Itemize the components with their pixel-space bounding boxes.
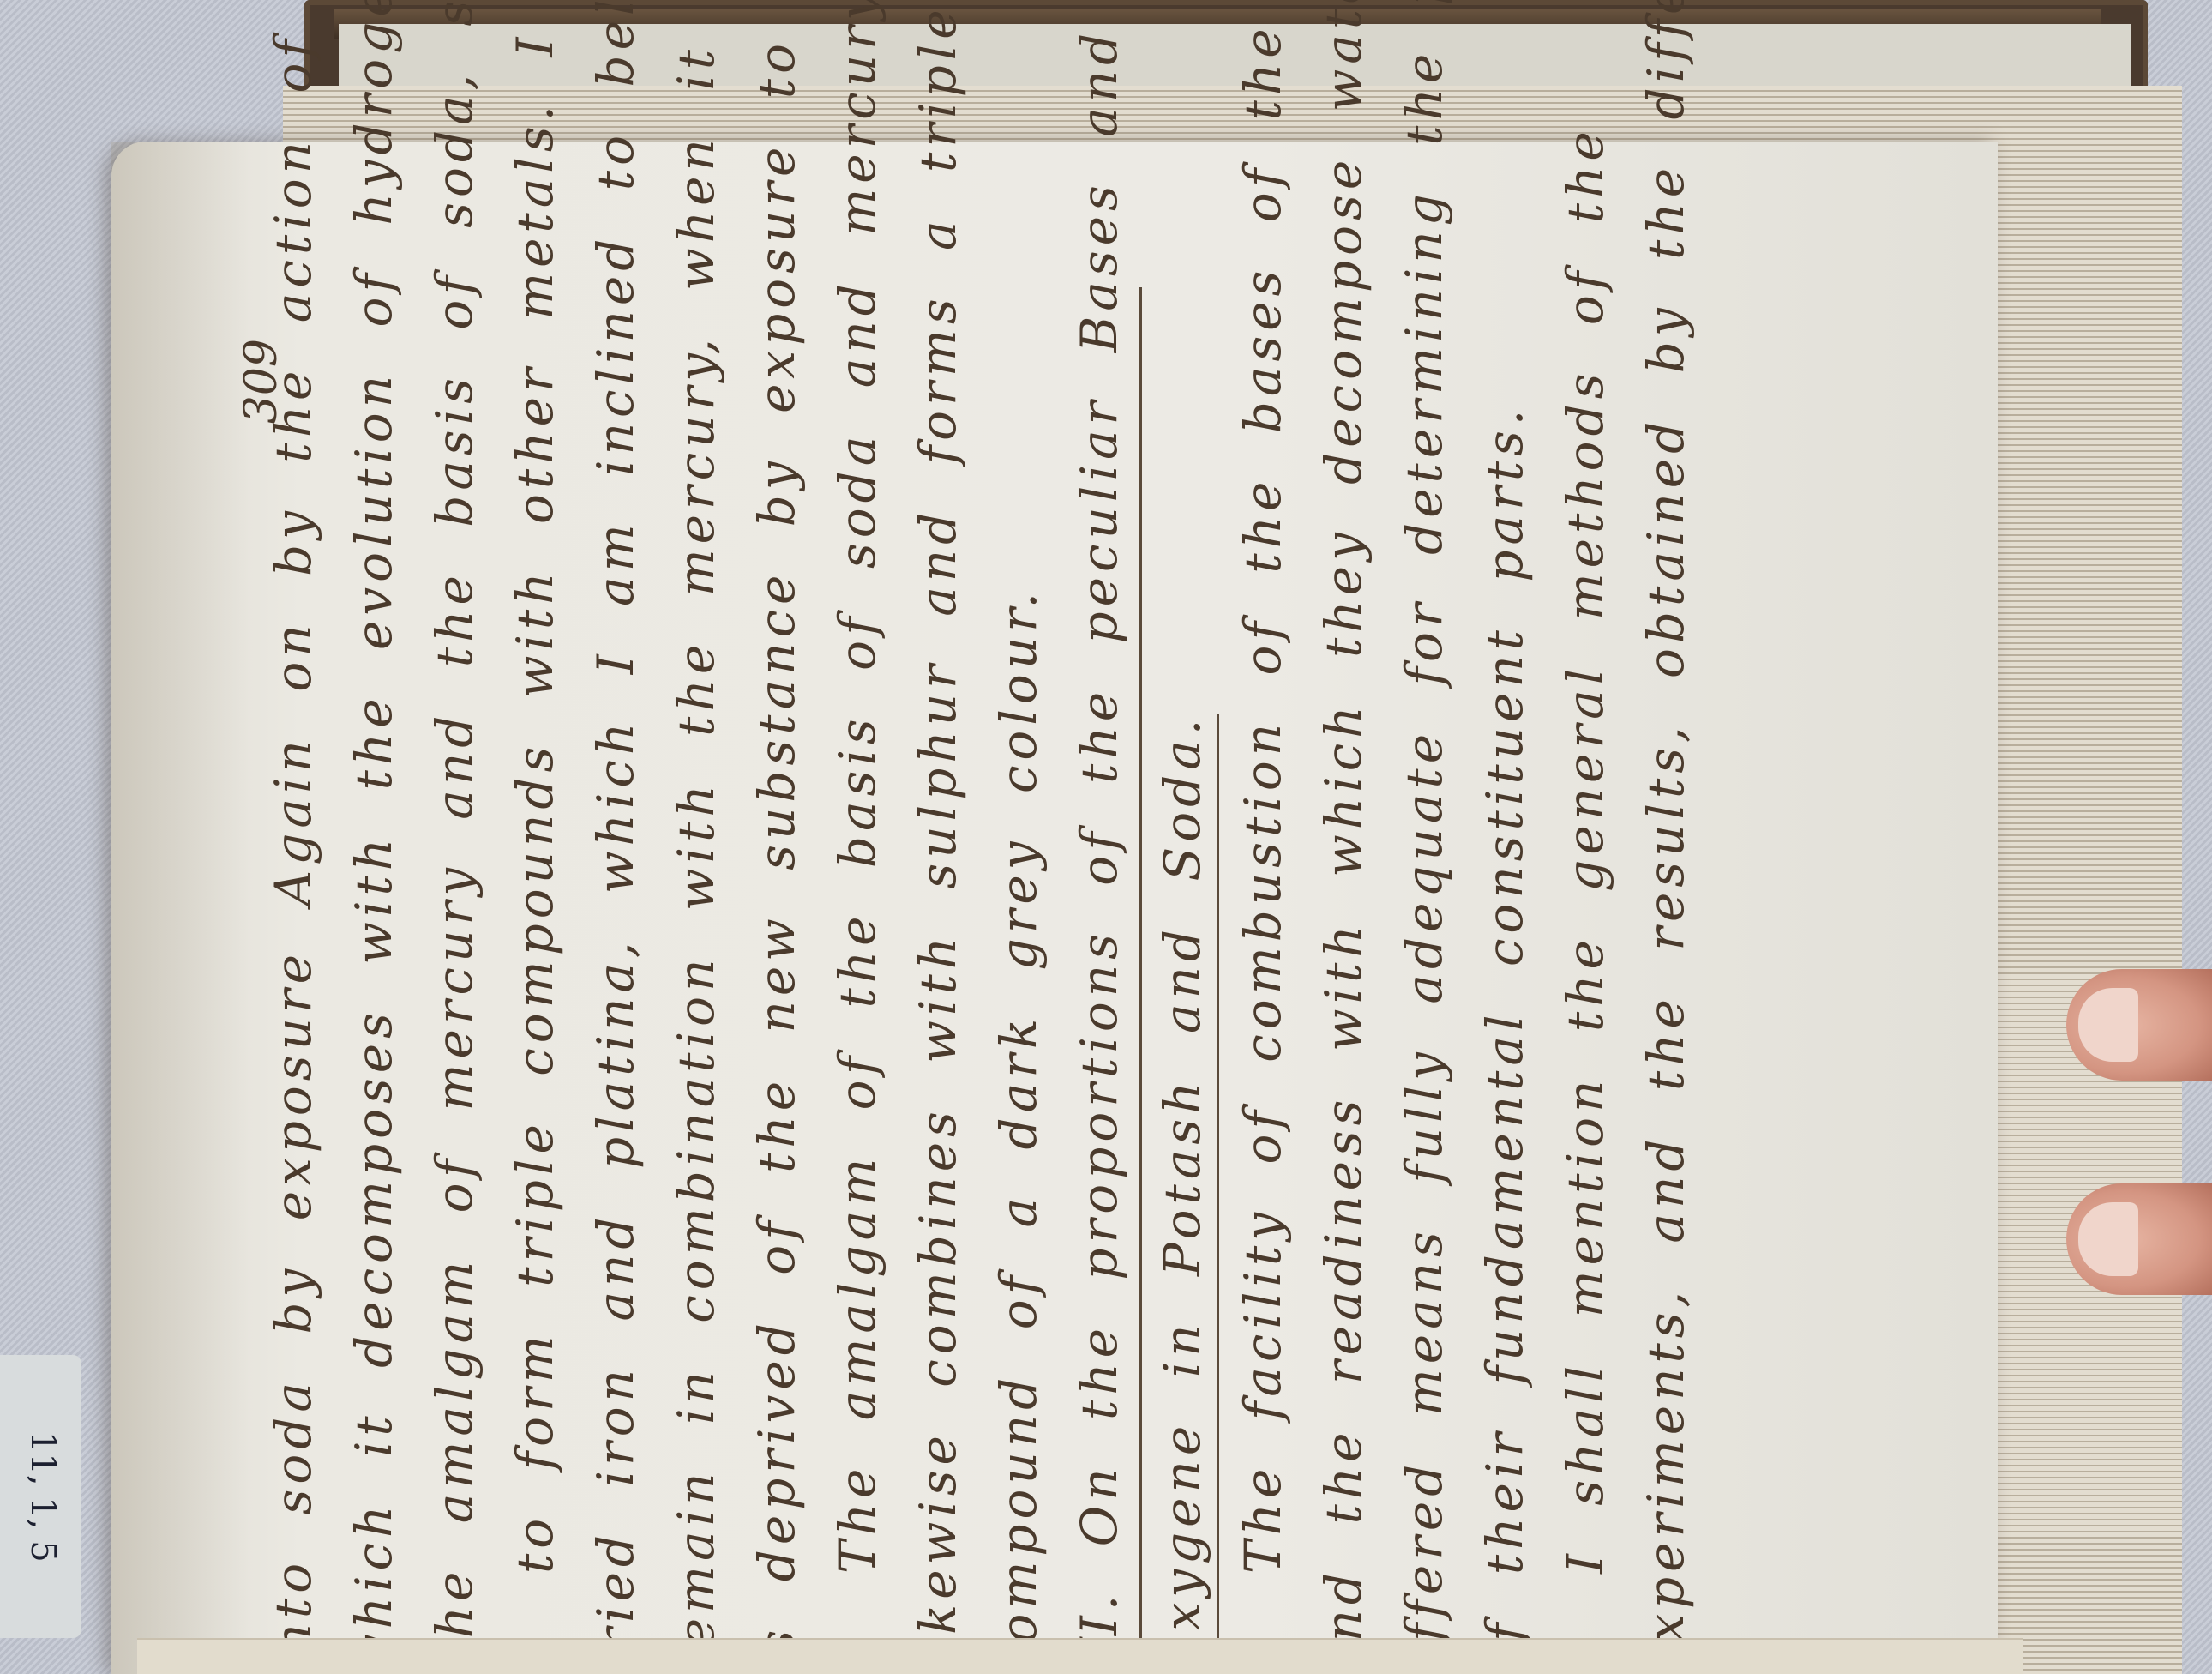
thumbnail-nail <box>2078 1202 2138 1276</box>
manuscript-line: compound of a dark grey colour. <box>978 287 1059 1674</box>
section-heading-continued: Oxygene in Potash and Soda. <box>1142 287 1223 1674</box>
section-heading: VI. On the proportions of the peculiar B… <box>1059 287 1142 1674</box>
manuscript-line: which it decomposes with the evolution o… <box>334 287 414 1674</box>
manuscript-line: of their fundamental constituent parts. <box>1464 287 1545 1674</box>
section-title-line-2: Oxygene in Potash and Soda. <box>1148 714 1219 1674</box>
handwritten-text-block: into soda by exposure Again on by the ac… <box>253 287 2096 1674</box>
manuscript-line: tried iron and platina, which I am incli… <box>575 287 656 1674</box>
manuscript-line: experiments, and the results, obtained b… <box>1626 287 1706 1674</box>
thumb-lower <box>2066 1183 2212 1295</box>
manuscript-line: The amalgam of the basis of soda and mer… <box>817 287 898 1674</box>
manuscript-line: to form triple compounds with other meta… <box>495 287 575 1674</box>
section-title-line-1: On the proportions of the peculiar Bases… <box>1070 28 1128 1547</box>
gutter-shadow <box>111 142 249 1674</box>
manuscript-line: The amalgam of mercury and the basis of … <box>414 287 495 1674</box>
manuscript-page: into soda by exposure Again on by the ac… <box>111 142 1998 1674</box>
manuscript-line: and the readiness with which they decomp… <box>1303 287 1384 1674</box>
manuscript-line: I shall mention the general methods of t… <box>1545 287 1626 1674</box>
manuscript-line: is deprived of the new substance by expo… <box>736 287 817 1674</box>
page-number: 309 <box>236 339 287 424</box>
manuscript-line: likewise combines with sulphur and forms… <box>898 287 978 1674</box>
thumbnail-nail <box>2078 988 2138 1062</box>
page-bottom-edge <box>137 1638 2023 1674</box>
manuscript-line: offered means fully adequate for determi… <box>1384 287 1464 1674</box>
thumb-upper <box>2066 969 2212 1081</box>
manuscript-line: remain in combination with the mercury, … <box>656 287 736 1674</box>
manuscript-line: into soda by exposure Again on by the ac… <box>253 287 334 1674</box>
manuscript-line: The facility of combustion of the bases … <box>1223 287 1303 1674</box>
sticky-label: 11, 1, 5 <box>0 1355 81 1638</box>
